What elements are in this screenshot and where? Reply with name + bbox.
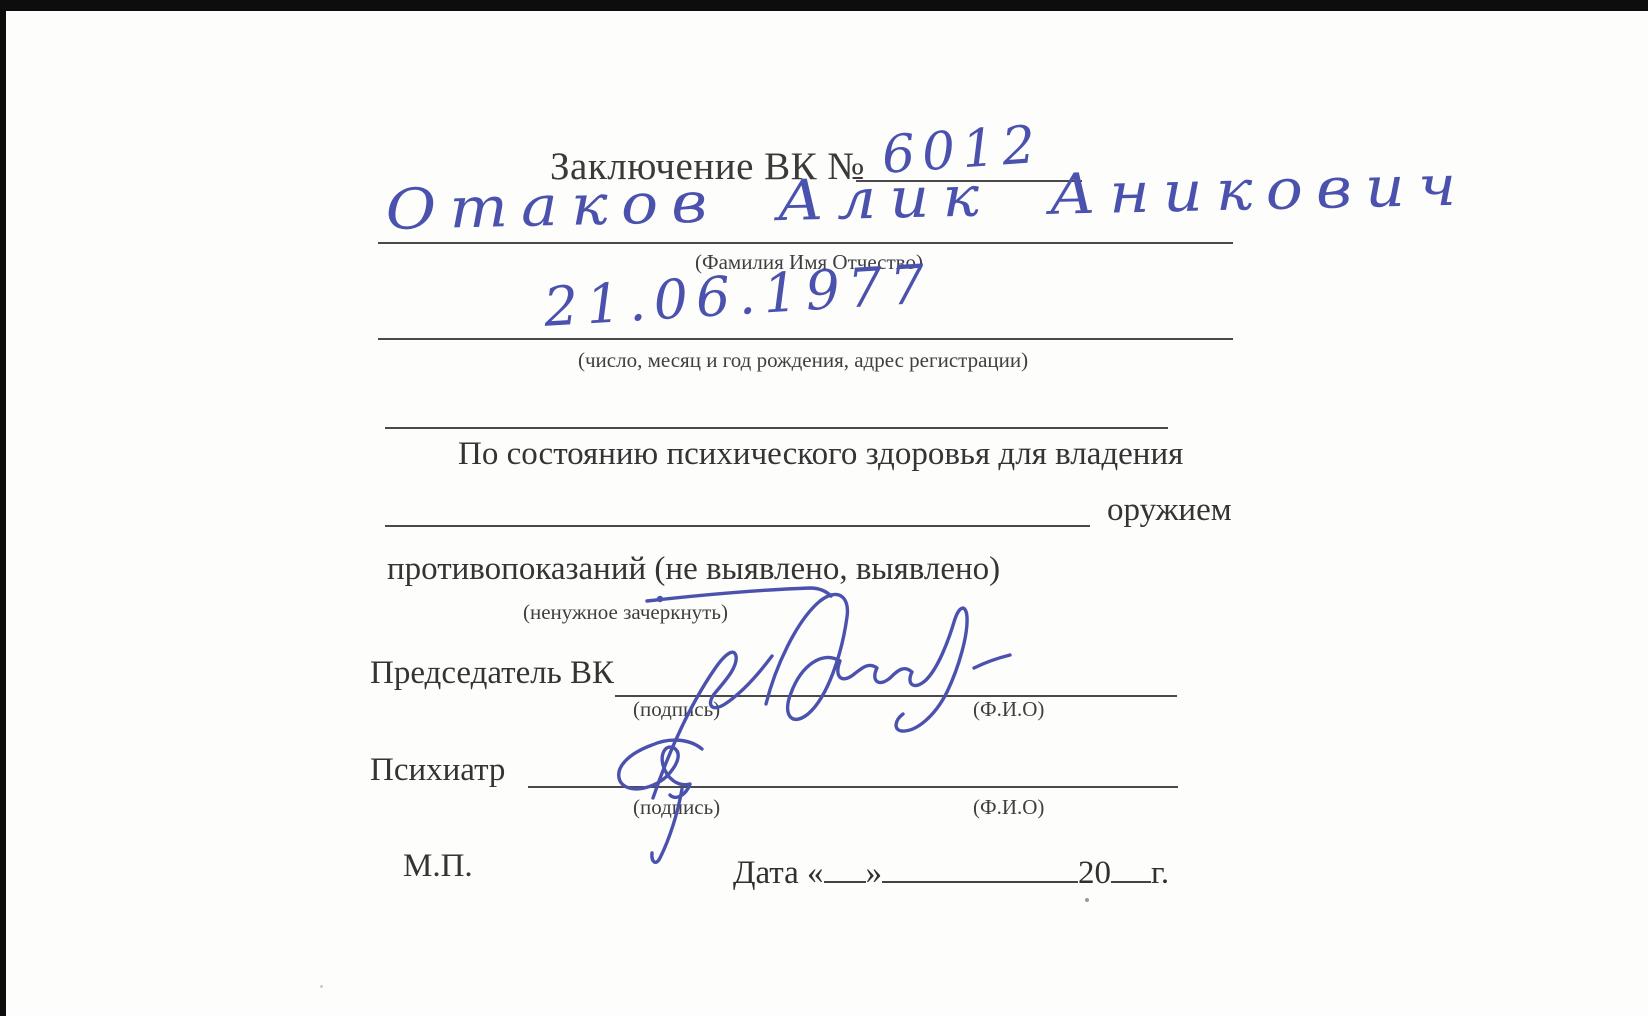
scan-edge-left	[0, 0, 6, 1016]
official-role-psychiatrist: Психиатр	[370, 752, 505, 789]
psychiatrist-fio-caption: (Ф.И.О)	[973, 795, 1044, 820]
name-blank-line	[378, 242, 1233, 244]
chairman-sign-caption: (подпись)	[633, 697, 720, 722]
chairman-signature	[653, 652, 772, 798]
stamp-place-label: М.П.	[403, 848, 473, 885]
official-role-chairman: Председатель ВК	[370, 655, 614, 692]
chairman-signature-dash	[974, 655, 1010, 668]
handwritten-birth-date: 21.06.1977	[542, 252, 934, 339]
contraindications-line: противопоказаний (не выявлено, выявлено)	[387, 551, 1000, 588]
date-year-blank	[1111, 848, 1151, 883]
date-close-quote: »	[866, 855, 883, 892]
psychiatrist-sign-line	[528, 786, 1178, 788]
birth-caption: (число, месяц и год рождения, адрес реги…	[578, 348, 1028, 373]
weapon-word: оружием	[1107, 492, 1232, 529]
date-year-suffix: г.	[1151, 855, 1169, 892]
birth-blank-line	[378, 338, 1233, 340]
strike-caption: (ненужное зачеркнуть)	[523, 600, 728, 625]
psychiatrist-signature	[619, 740, 702, 797]
chairman-fio-caption: (Ф.И.О)	[973, 697, 1044, 722]
weapon-blank-line	[385, 525, 1090, 527]
date-prefix: Дата «	[733, 855, 824, 892]
chairman-signature-loops	[766, 594, 967, 731]
scan-speck	[320, 985, 323, 988]
psychiatrist-sign-caption: (подпись)	[633, 795, 720, 820]
statement-line1: По состоянию психического здоровья для в…	[458, 436, 1183, 473]
handwritten-full-name: Отаков Алик Аникович	[385, 153, 1470, 243]
scan-speck	[1085, 898, 1089, 902]
date-row: Дата « » 20 г.	[733, 848, 1169, 892]
date-day-blank	[824, 848, 866, 883]
scan-edge-top	[0, 0, 1648, 11]
date-month-blank	[882, 848, 1078, 883]
empty-blank-line	[385, 427, 1168, 429]
scanned-document-page: Заключение ВК № 6012 Отаков Алик Аникови…	[0, 0, 1648, 1016]
date-century: 20	[1078, 855, 1111, 892]
